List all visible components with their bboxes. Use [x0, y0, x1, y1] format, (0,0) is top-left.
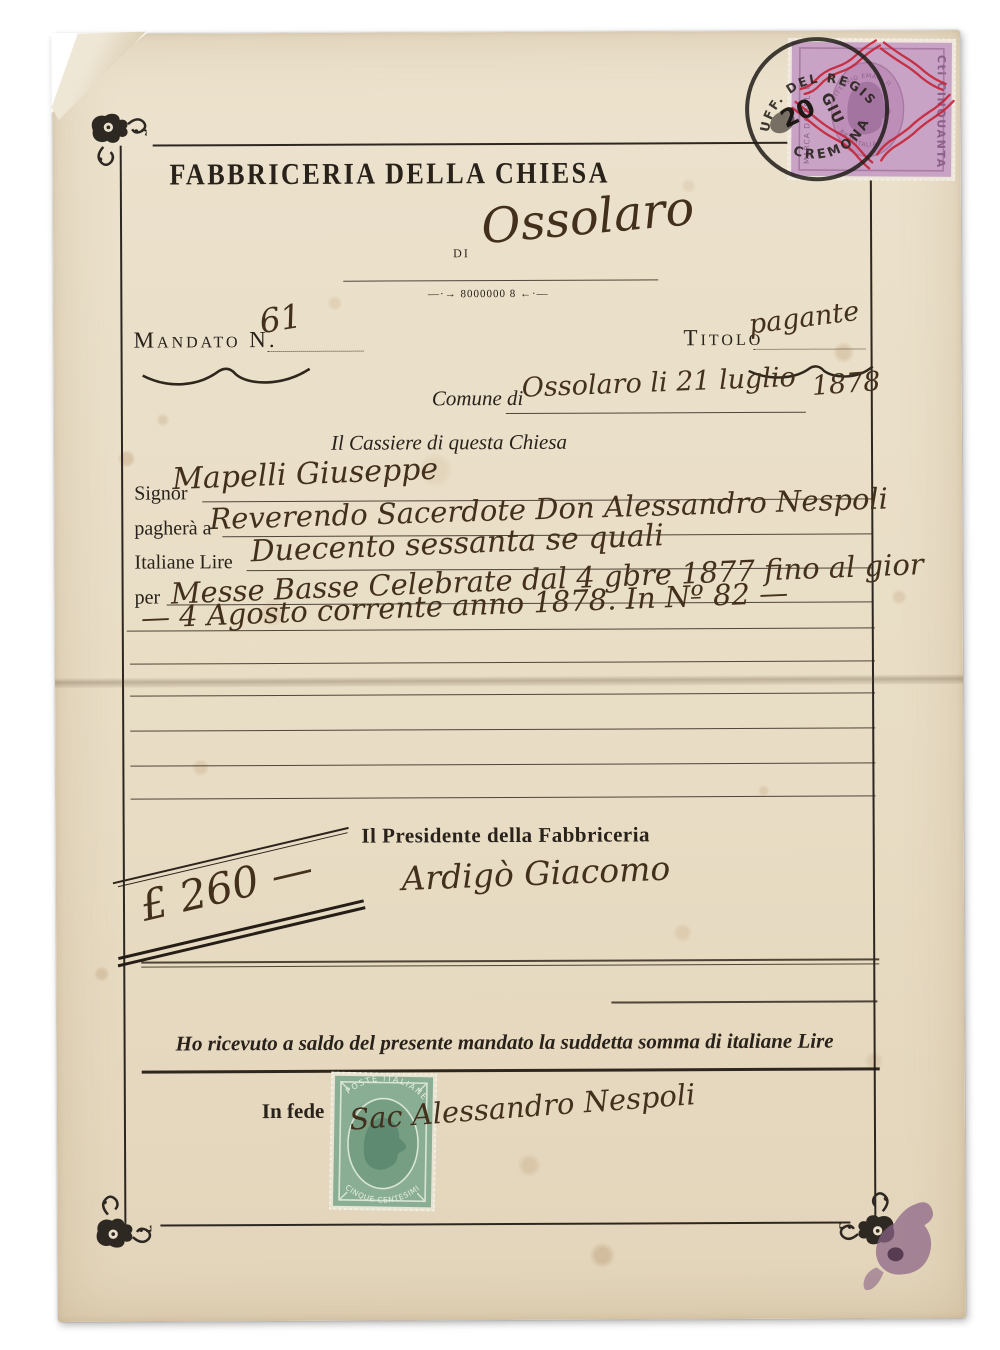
amount-annotation: £ 260 —: [97, 816, 388, 1000]
comune-value-handwritten: Ossolaro li 21 luglio: [521, 362, 796, 404]
fold-crease: [55, 674, 963, 688]
document-title: FABBRICERIA DELLA CHIESA: [169, 156, 596, 193]
titolo-value-handwritten: pagante: [747, 296, 861, 341]
in-fede-label: In fede: [262, 1099, 325, 1124]
header-rule: [343, 279, 658, 282]
blank-line-4: [130, 762, 875, 767]
mandato-dotted-line: [268, 350, 364, 352]
ornament-divider: —·→ 8000000 8 ←·—: [393, 288, 583, 301]
blank-line-1: [130, 660, 875, 665]
document-sheet: FABBRICERIA DELLA CHIESA di Ossolaro —·→…: [52, 30, 966, 1322]
di-label: di: [453, 242, 470, 262]
purple-ink-blot: [853, 1198, 949, 1298]
mandato-number-handwritten: 61: [257, 296, 305, 341]
comune-year-handwritten: 1878: [811, 366, 882, 402]
mandato-flourish: [140, 363, 315, 390]
corner-ornament-top-left: [85, 110, 147, 172]
cassiere-line: Il Cassiere di questa Chiesa: [284, 430, 614, 456]
blank-line-2: [130, 692, 875, 697]
field-label-paghera: pagherà a: [134, 517, 211, 540]
field-value-signor: Mapelli Giuseppe: [172, 452, 439, 497]
mandato-label: Mandato N.: [133, 327, 277, 354]
short-right-rule: [611, 1000, 877, 1003]
place-handwritten: Ossolaro: [479, 180, 697, 255]
receipt-line: Ho ricevuto a saldo del presente mandato…: [129, 1028, 881, 1056]
postmark: UFF. DEL REGISTRO CREMONA 20 GIU: [706, 4, 932, 217]
comune-line: [506, 412, 806, 415]
blank-line-3: [130, 727, 875, 732]
postage-stamp-green: POSTE ITALIANE CINQUE CENTESIMI: [329, 1072, 437, 1212]
receipt-rule: [142, 1067, 880, 1073]
corner-ornament-bottom-left: [89, 1190, 151, 1252]
field-label-lire: Italiane Lire: [134, 551, 232, 574]
titolo-dotted-line: [754, 347, 866, 349]
postmark-month: GIU: [817, 90, 848, 128]
president-signature: Ardigò Giacomo: [395, 848, 676, 898]
blank-line-5: [131, 795, 876, 800]
comune-label: Comune di: [432, 386, 524, 411]
frame-bottom-line: [160, 1222, 850, 1227]
